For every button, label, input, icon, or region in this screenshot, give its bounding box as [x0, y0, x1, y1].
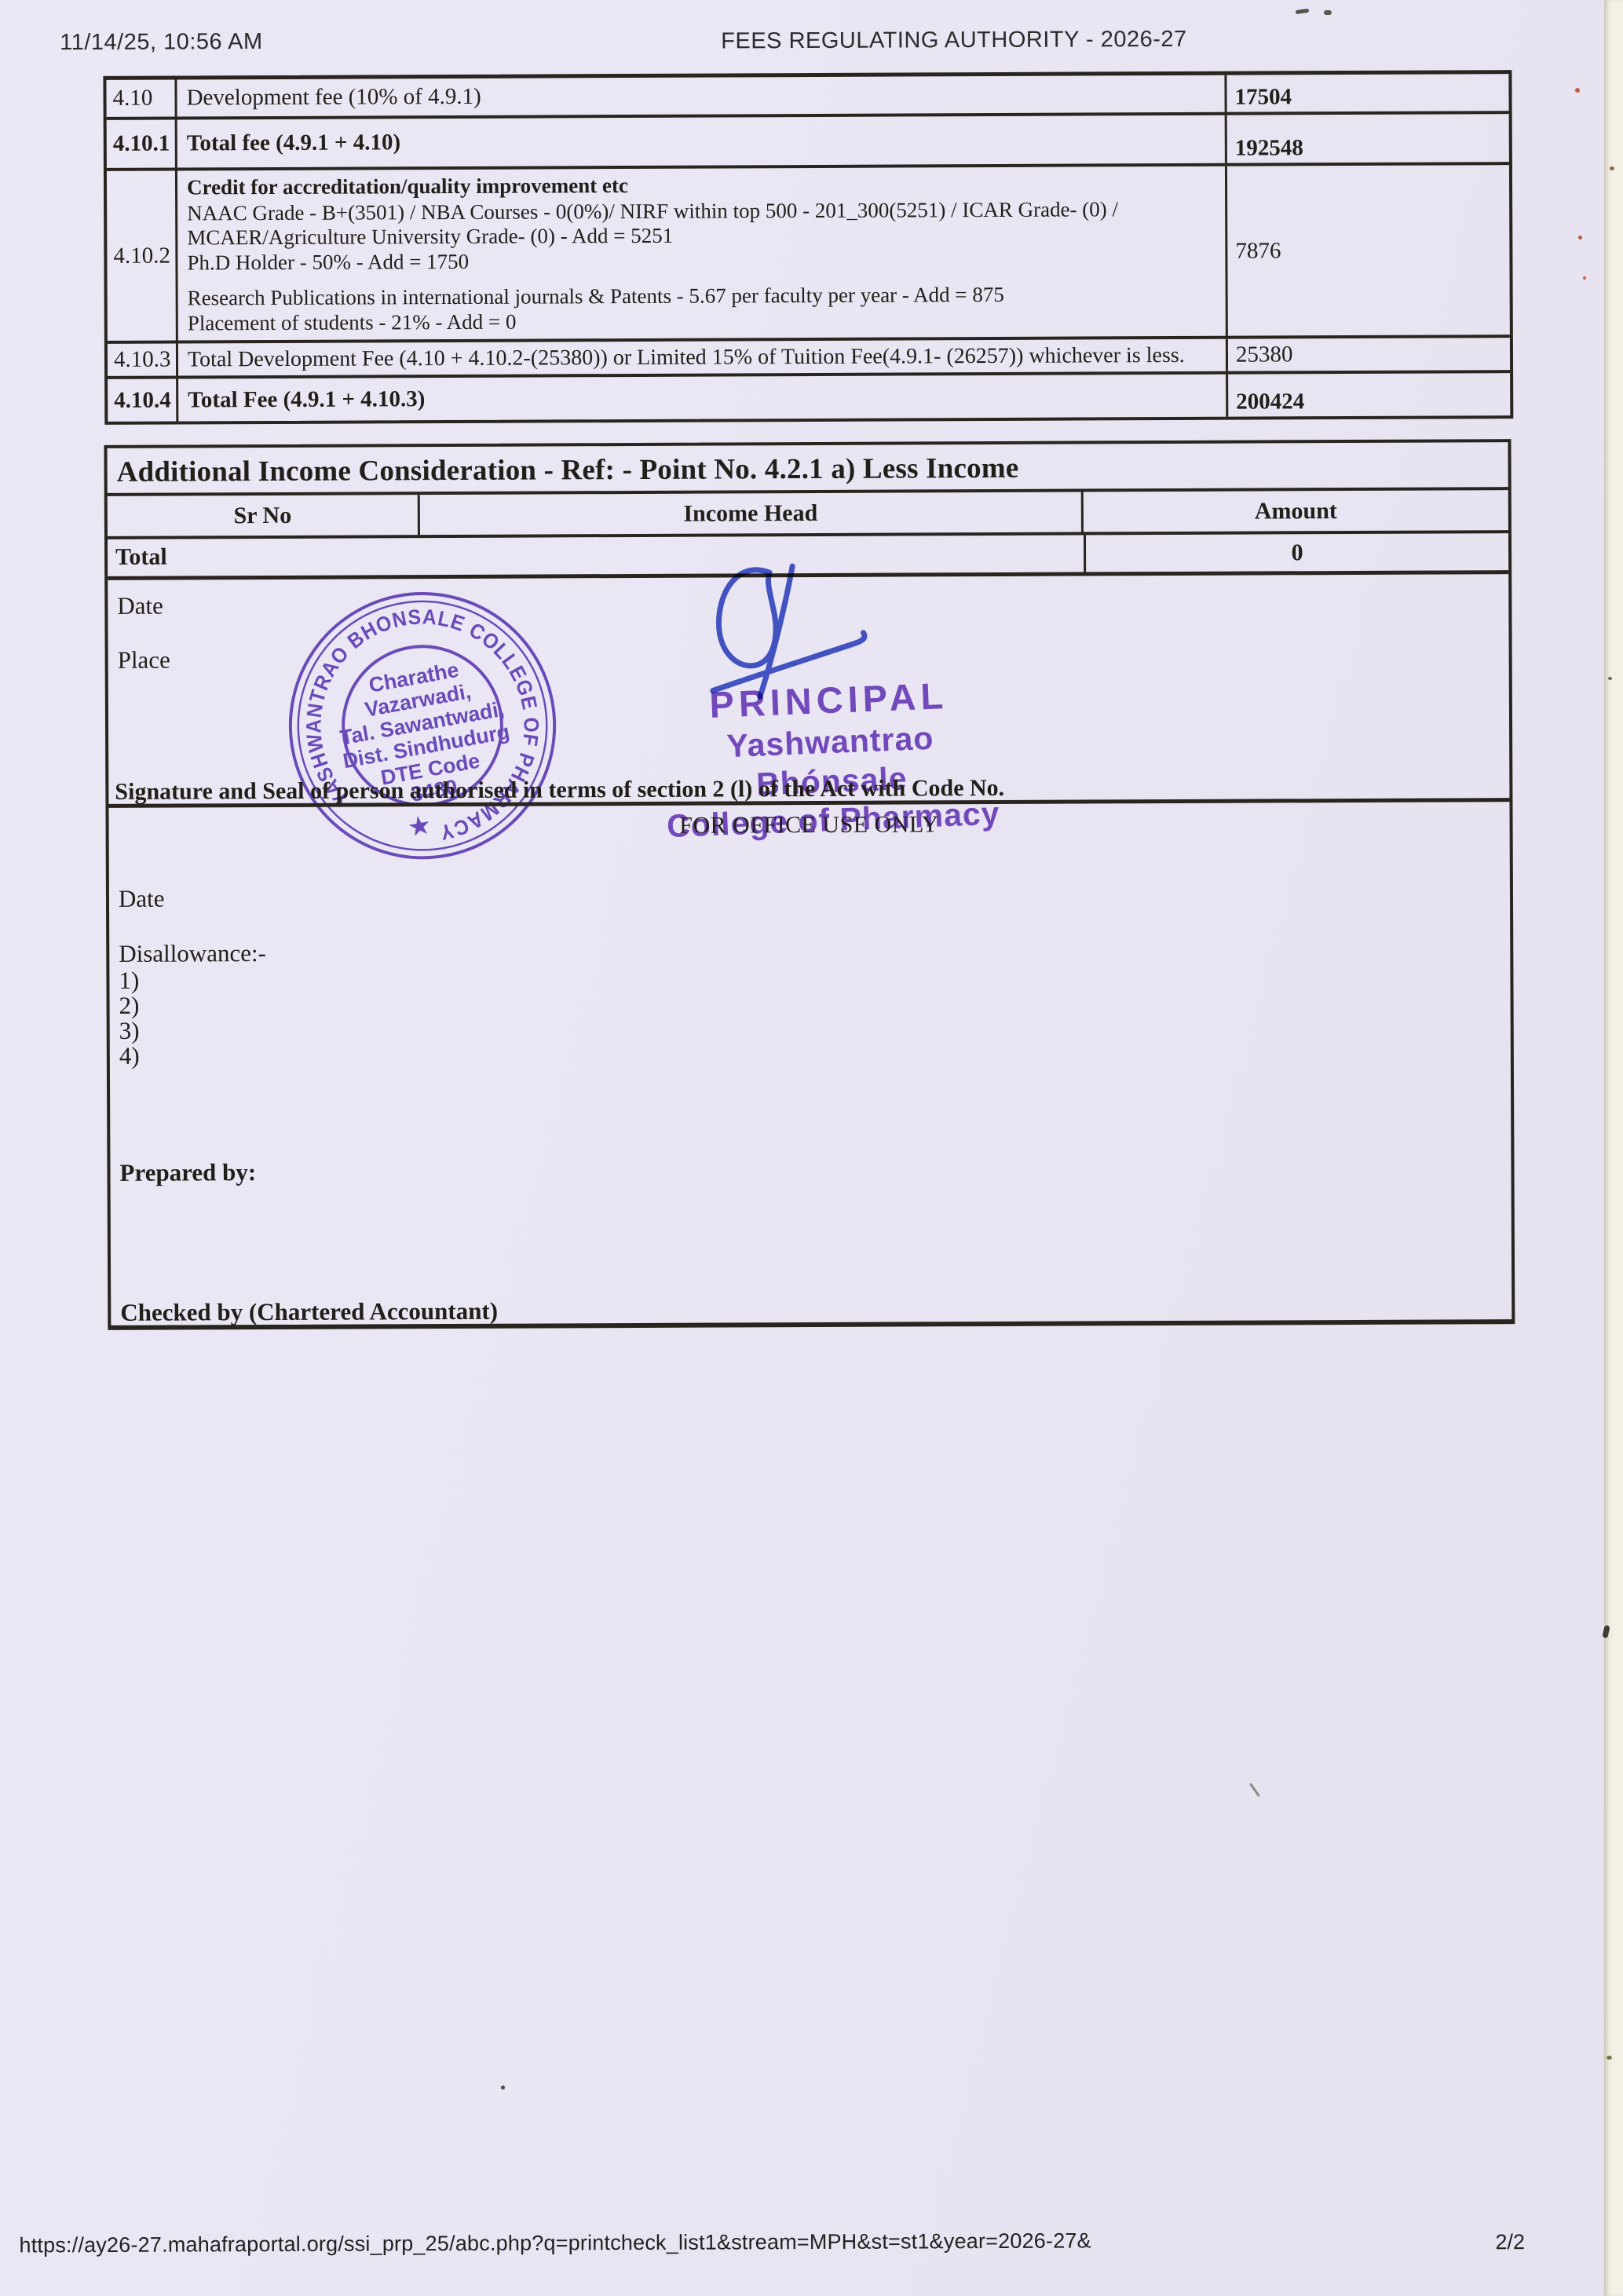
additional-income-box: Additional Income Consideration - Ref: -… [104, 439, 1515, 1330]
total-amount: 0 [1084, 533, 1508, 572]
credit-line: NAAC Grade - B+(3501) / NBA Courses - 0(… [187, 197, 1219, 250]
row-amount: 200424 [1228, 373, 1510, 417]
scan-speck [1575, 88, 1580, 93]
signature-loop [718, 570, 776, 666]
row-amount: 192548 [1227, 114, 1509, 163]
checked-by-label: Checked by (Chartered Accountant) [120, 1297, 498, 1327]
print-datetime: 11/14/25, 10:56 AM [60, 29, 263, 56]
column-header-income-head: Income Head [420, 492, 1084, 535]
column-header-srno: Sr No [108, 495, 420, 536]
scan-speck [1607, 2056, 1612, 2060]
row-description: Total fee (4.9.1 + 4.10) [177, 115, 1227, 168]
disallowance-item: 2) [119, 992, 140, 1020]
office-use-heading: FOR OFFICE USE ONLY [109, 809, 1510, 842]
row-description: Total Fee (4.9.1 + 4.10.3) [178, 375, 1228, 422]
row-description: Credit for accreditation/quality improve… [177, 166, 1228, 341]
table-row: 4.10.4 Total Fee (4.9.1 + 4.10.3) 200424 [108, 370, 1510, 422]
table-row: 4.10.2 Credit for accreditation/quality … [107, 162, 1510, 341]
table-row: 4.10.1 Total fee (4.9.1 + 4.10) 192548 [107, 111, 1509, 168]
disallowance-label: Disallowance:- [119, 939, 266, 968]
row-code: 4.10.1 [107, 120, 177, 168]
page-indicator: 2/2 [1495, 2230, 1525, 2254]
row-code: 4.10 [106, 80, 177, 117]
disallowance-item: 1) [119, 967, 139, 995]
office-date-label: Date [119, 885, 165, 913]
prepared-by-label: Prepared by: [119, 1158, 256, 1187]
row-amount: 7876 [1227, 165, 1510, 336]
date-label: Date [117, 592, 163, 620]
place-label: Place [118, 646, 170, 675]
credit-title: Credit for accreditation/quality improve… [187, 171, 1219, 200]
credit-line: Placement of students - 21% - Add = 0 [188, 307, 1219, 336]
table-row: 4.10 Development fee (10% of 4.9.1) 1750… [106, 74, 1508, 117]
document-content: 11/14/25, 10:56 AM FEES REGULATING AUTHO… [0, 0, 1623, 2296]
row-amount: 17504 [1226, 74, 1508, 112]
row-description: Development fee (10% of 4.9.1) [177, 75, 1226, 117]
print-header: 11/14/25, 10:56 AM FEES REGULATING AUTHO… [0, 23, 1623, 30]
signature-stem [759, 566, 793, 696]
scan-speck [501, 2086, 505, 2089]
row-code: 4.10.4 [108, 379, 178, 422]
disallowance-item: 3) [119, 1017, 140, 1045]
table-row: 4.10.3 Total Development Fee (4.10 + 4.1… [108, 335, 1510, 376]
credit-line: Ph.D Holder - 50% - Add = 1750 [187, 247, 1219, 276]
scan-speck [1610, 166, 1614, 170]
row-amount: 25380 [1228, 338, 1510, 371]
disallowance-item: 4) [119, 1042, 140, 1070]
scan-speck [1324, 10, 1332, 15]
row-code: 4.10.2 [107, 171, 178, 341]
scanned-document-page: 11/14/25, 10:56 AM FEES REGULATING AUTHO… [0, 0, 1623, 2296]
fees-table: 4.10 Development fee (10% of 4.9.1) 1750… [103, 70, 1513, 425]
additional-income-header-row: Sr No Income Head Amount [108, 490, 1508, 539]
credit-line: Research Publications in international j… [188, 282, 1219, 311]
print-footer: https://ay26-27.mahafraportal.org/ssi_pr… [9, 2226, 1623, 2233]
column-header-amount: Amount [1084, 490, 1508, 532]
scan-speck [1583, 276, 1586, 280]
row-code: 4.10.3 [108, 344, 178, 376]
row-description: Total Development Fee (4.10 + 4.10.2-(25… [178, 339, 1228, 376]
additional-income-title: Additional Income Consideration - Ref: -… [107, 442, 1508, 496]
source-url: https://ay26-27.mahafraportal.org/ssi_pr… [19, 2228, 1091, 2258]
scan-speck [1608, 677, 1612, 680]
page-title: FEES REGULATING AUTHORITY - 2026-27 [721, 27, 1187, 55]
scan-speck [1578, 236, 1582, 239]
